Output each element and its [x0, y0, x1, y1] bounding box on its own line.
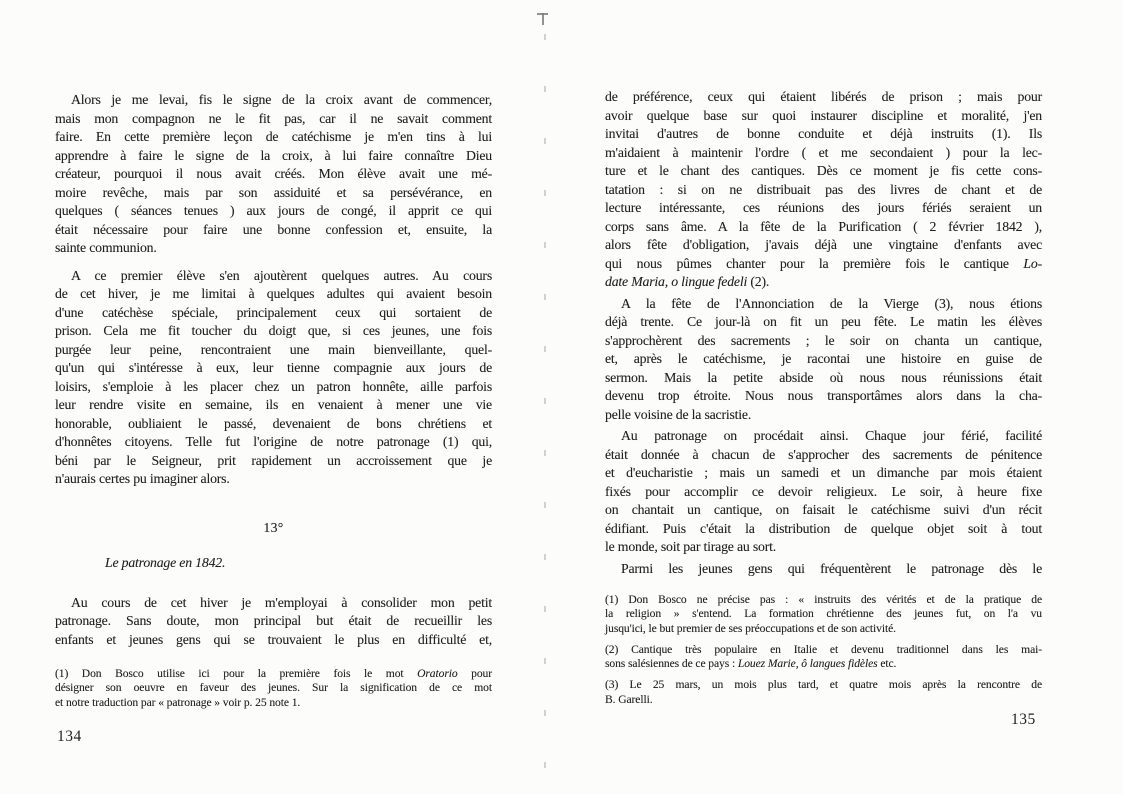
- page-135: de préférence, ceux qui étaient libérés …: [605, 88, 1042, 707]
- footnote: (1) Don Bosco ne précise pas : « instrui…: [605, 593, 1042, 636]
- footnotes-left: (1) Don Bosco utilise ici pour la premiè…: [55, 667, 492, 710]
- footnote: (3) Le 25 mars, un mois plus tard, et qu…: [605, 678, 1042, 707]
- scanned-book-spread: Alors je me levai, fis le signe de la cr…: [0, 0, 1123, 794]
- page-number: 134: [57, 728, 82, 746]
- fold-mark-icon: [542, 13, 544, 25]
- paragraph: Au patronage on procédait ainsi. Chaque …: [605, 427, 1042, 557]
- footnote: (2) Cantique très populaire en Italie et…: [605, 643, 1042, 672]
- paragraph: A ce premier élève s'en ajoutèrent quelq…: [55, 267, 492, 489]
- paragraph: de préférence, ceux qui étaient libérés …: [605, 88, 1042, 292]
- page-134: Alors je me levai, fis le signe de la cr…: [55, 91, 492, 710]
- page-fold-line: [544, 34, 546, 786]
- section-number: 13°: [55, 519, 492, 538]
- paragraph: A la fête de l'Annonciation de la Vierge…: [605, 295, 1042, 425]
- footnotes-right: (1) Don Bosco ne précise pas : « instrui…: [605, 593, 1042, 707]
- footnote: (1) Don Bosco utilise ici pour la premiè…: [55, 667, 492, 710]
- paragraph: Alors je me levai, fis le signe de la cr…: [55, 91, 492, 258]
- paragraph: Au cours de cet hiver je m'employai à co…: [55, 594, 492, 650]
- section-title: Le patronage en 1842.: [55, 554, 492, 573]
- paragraph: Parmi les jeunes gens qui fréquentèrent …: [605, 560, 1042, 579]
- page-number: 135: [1011, 711, 1036, 729]
